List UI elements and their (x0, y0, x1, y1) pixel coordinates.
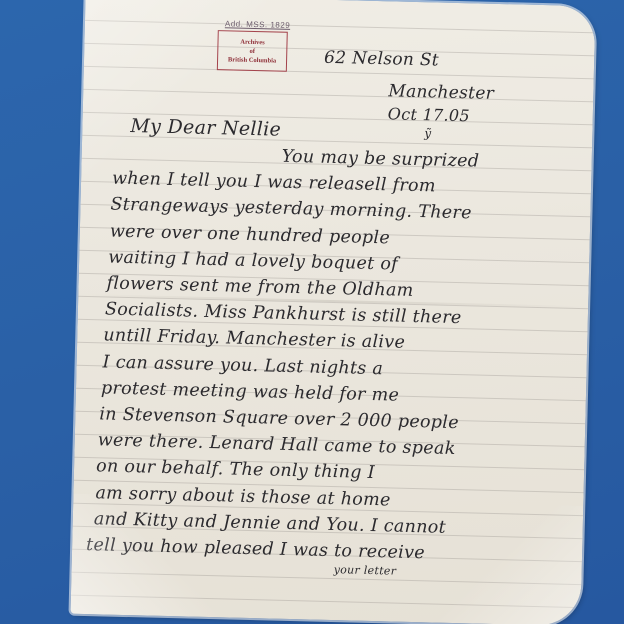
salutation: My Dear Nellie (130, 115, 281, 141)
letter-date: Oct 17.05 (388, 104, 471, 125)
letter-line: were over one hundred people (110, 221, 391, 248)
archive-reference: Add. MSS. 1829 (225, 19, 290, 30)
letter-line: untill Friday. Manchester is alive (103, 326, 405, 353)
letter-line: and Kitty and Jennie and You. I cannot (94, 509, 447, 538)
address-street: 62 Nelson St (324, 48, 439, 71)
letter-line: You may be surprized (281, 147, 479, 172)
continuation-text: your letter (333, 563, 396, 578)
letter-line: am sorry about is those at home (95, 483, 391, 510)
light-glare (430, 503, 583, 624)
stamp-line: British Columbia (218, 55, 286, 66)
archive-stamp: Archives of British Columbia (217, 30, 288, 72)
letter-line: Strangeways yesterday morning. There (110, 195, 472, 224)
letter-line: when I tell you I was releasell from (112, 169, 436, 197)
letter-body: You may be surprizedwhen I tell you I wa… (86, 0, 596, 6)
letter-line: were there. Lenard Hall came to speak (97, 430, 455, 459)
letter-page: Add. MSS. 1829 Archives of British Colum… (71, 0, 596, 624)
letter-line: on our behalf. The only thing I (96, 457, 375, 484)
letter-line: Socialists. Miss Pankhurst is still ther… (105, 300, 462, 329)
letter-line: tell you how pleased I was to receive (86, 535, 425, 563)
letter-line: in Stevenson Square over 2 000 people (99, 404, 459, 433)
date-mark: ỹ (424, 126, 431, 140)
letter-line: I can assure you. Last nights a (102, 352, 383, 379)
letter-line: protest meeting was held for me (101, 378, 400, 405)
letter-line: waiting I had a lovely boquet of (108, 247, 398, 274)
address-city: Manchester (388, 81, 494, 104)
